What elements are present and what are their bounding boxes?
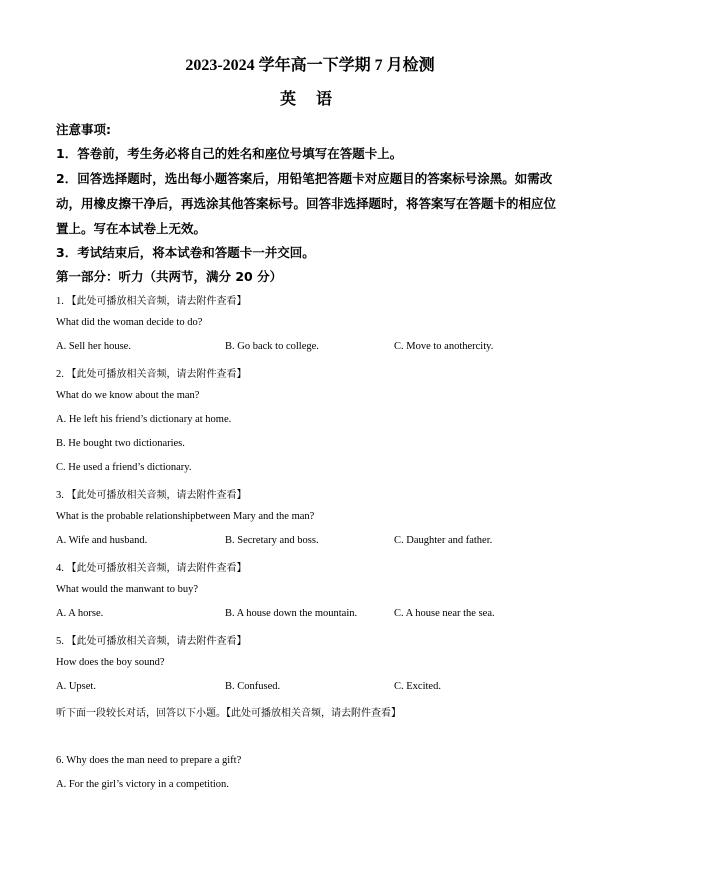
question-4-option-c: C. A house near the sea.	[394, 608, 495, 619]
question-2-header: 2. 【此处可播放相关音频，请去附件查看】	[56, 365, 247, 380]
question-1-text: What did the woman decide to do?	[56, 317, 202, 328]
notice-item-2: 2．回答选择题时，选出每小题答案后，用铅笔把答题卡对应题目的答案标号涂黑。如需改	[56, 169, 552, 187]
question-4-header: 4. 【此处可播放相关音频，请去附件查看】	[56, 559, 247, 574]
question-4-option-b: B. A house down the mountain.	[225, 608, 357, 619]
audio-note[interactable]: 【此处可播放相关音频，请去附件查看】	[67, 296, 247, 307]
long-dialogue-note[interactable]: 听下面一段较长对话，回答以下小题。【此处可播放相关音频，请去附件查看】	[56, 704, 401, 719]
section-title: 第一部分：听力（共两节，满分 20 分）	[56, 267, 282, 285]
question-2-option-b: B. He bought two dictionaries.	[56, 438, 185, 449]
notice-item-2-cont: 动，用橡皮擦干净后，再选涂其他答案标号。回答非选择题时，将答案写在答题卡的相应位	[56, 194, 556, 212]
question-4-option-a: A. A horse.	[56, 608, 103, 619]
question-number: 2.	[56, 369, 64, 380]
audio-note[interactable]: 【此处可播放相关音频，请去附件查看】	[67, 563, 247, 574]
document-page: 2023-2024 学年高一下学期 7 月检测 英 语 注意事项: 1．答卷前，…	[0, 0, 701, 877]
question-number: 1.	[56, 296, 64, 307]
question-3-option-a: A. Wife and husband.	[56, 535, 147, 546]
question-5-option-c: C. Excited.	[394, 681, 441, 692]
question-number: 5.	[56, 636, 64, 647]
question-6-option-a: A. For the girl’s victory in a competiti…	[56, 779, 229, 790]
audio-note[interactable]: 【此处可播放相关音频，请去附件查看】	[67, 369, 247, 380]
question-2-text: What do we know about the man?	[56, 390, 199, 401]
question-3-option-c: C. Daughter and father.	[394, 535, 492, 546]
exam-title: 2023-2024 学年高一下学期 7 月检测	[0, 52, 620, 75]
question-5-option-b: B. Confused.	[225, 681, 280, 692]
subject-title: 英 语	[0, 86, 620, 109]
question-5-text: How does the boy sound?	[56, 657, 165, 668]
audio-note[interactable]: 【此处可播放相关音频，请去附件查看】	[67, 636, 247, 647]
notice-item-1: 1．答卷前，考生务必将自己的姓名和座位号填写在答题卡上。	[56, 144, 402, 162]
notice-item-3: 3．考试结束后，将本试卷和答题卡一并交回。	[56, 243, 315, 261]
notice-item-2-end: 置上。写在本试卷上无效。	[56, 219, 206, 237]
question-1-option-b: B. Go back to college.	[225, 341, 319, 352]
audio-note[interactable]: 【此处可播放相关音频，请去附件查看】	[67, 490, 247, 501]
question-1-option-a: A. Sell her house.	[56, 341, 131, 352]
question-2-option-c: C. He used a friend’s dictionary.	[56, 462, 192, 473]
question-6-text: 6. Why does the man need to prepare a gi…	[56, 755, 241, 766]
question-3-text: What is the probable relationshipbetween…	[56, 511, 314, 522]
question-5-header: 5. 【此处可播放相关音频，请去附件查看】	[56, 632, 247, 647]
question-2-option-a: A. He left his friend’s dictionary at ho…	[56, 414, 231, 425]
question-3-header: 3. 【此处可播放相关音频，请去附件查看】	[56, 486, 247, 501]
question-number: 3.	[56, 490, 64, 501]
question-5-option-a: A. Upset.	[56, 681, 96, 692]
question-4-text: What would the manwant to buy?	[56, 584, 198, 595]
question-3-option-b: B. Secretary and boss.	[225, 535, 319, 546]
notice-heading: 注意事项:	[56, 120, 111, 138]
question-number: 4.	[56, 563, 64, 574]
question-1-header: 1. 【此处可播放相关音频，请去附件查看】	[56, 292, 247, 307]
question-1-option-c: C. Move to anothercity.	[394, 341, 493, 352]
